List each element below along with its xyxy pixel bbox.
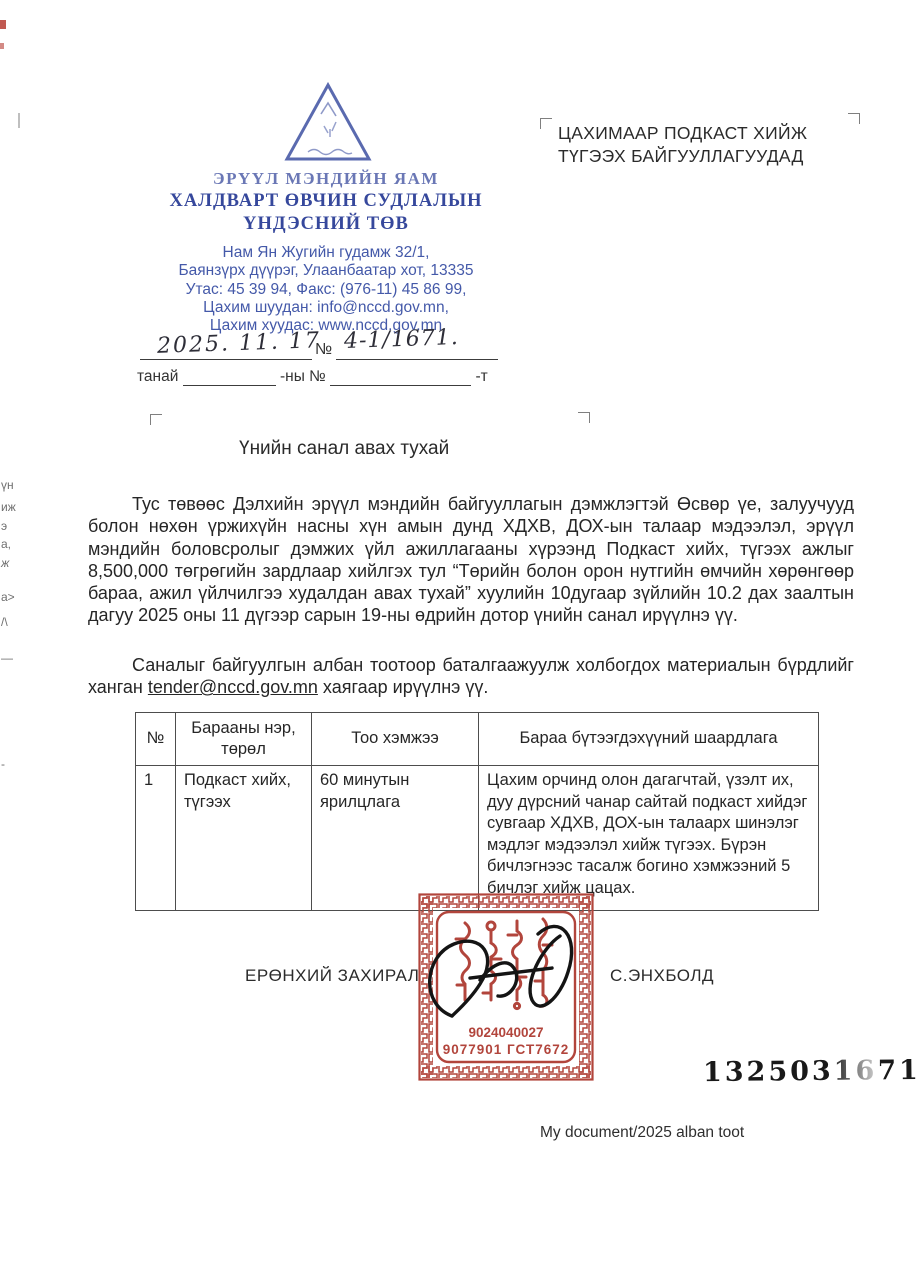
address-line: Баянзүрх дүүрэг, Улаанбаатар хот, 13335 bbox=[95, 262, 557, 280]
your-ref-mid: -ны № bbox=[280, 368, 326, 385]
body-paragraph-1: Тус төвөөс Дэлхийн эрүүл мэндийн байгуул… bbox=[88, 493, 854, 627]
recipient-block: ЦАХИМААР ПОДКАСТ ХИЙЖ ТҮГЭЭХ БАЙГУУЛЛАГУ… bbox=[558, 122, 807, 167]
letter-subject-title: Үнийн санал авах тухай bbox=[239, 438, 449, 460]
scan-artifact-red-mark bbox=[0, 20, 6, 29]
org-name-line1: ХАЛДВАРТ ӨВЧИН СУДЛАЛЫН bbox=[110, 191, 542, 212]
col-header-quantity: Тоо хэмжээ bbox=[312, 713, 479, 766]
margin-fragment: ж bbox=[1, 556, 9, 570]
margin-fragment: э bbox=[1, 519, 7, 533]
table-header-row: № Барааны нэр, төрөл Тоо хэмжээ Бараа бү… bbox=[136, 713, 819, 766]
margin-fragment: а> bbox=[1, 590, 15, 604]
margin-fragment: — bbox=[1, 651, 13, 665]
tender-email: tender@nccd.gov.mn bbox=[148, 677, 318, 697]
recipient-line1: ЦАХИМААР ПОДКАСТ ХИЙЖ bbox=[558, 122, 807, 145]
stamp-number-2: 9077901 ГСТ7672 bbox=[443, 1042, 569, 1057]
handwritten-signature bbox=[418, 912, 596, 1038]
corner-mark bbox=[578, 412, 590, 423]
director-title: ЕРӨНХИЙ ЗАХИРАЛ bbox=[245, 966, 419, 986]
margin-fragment: иж bbox=[1, 500, 16, 514]
col-header-number: № bbox=[136, 713, 176, 766]
stamp-fade-artifact bbox=[830, 1054, 880, 1090]
scan-artifact-red-mark bbox=[0, 43, 4, 49]
address-line: Нам Ян Жугийн гудамж 32/1, bbox=[95, 244, 557, 262]
cell-item-name: Подкаст хийх, түгээх bbox=[176, 766, 312, 911]
your-ref-blank1 bbox=[183, 370, 276, 386]
letterhead: ЭРҮҮЛ МЭНДИЙН ЯАМ ХАЛДВАРТ ӨВЧИН СУДЛАЛЫ… bbox=[110, 169, 542, 235]
paragraph2-text-end: хаягаар ирүүлнэ үү. bbox=[318, 677, 488, 697]
col-header-item-name: Барааны нэр, төрөл bbox=[176, 713, 312, 766]
margin-fragment: үн bbox=[1, 478, 14, 492]
number-sign-label: № bbox=[315, 341, 332, 359]
your-ref-prefix: танай bbox=[137, 368, 178, 385]
margin-fragment: - bbox=[1, 757, 5, 771]
corner-mark bbox=[540, 118, 552, 129]
corner-mark bbox=[150, 414, 162, 425]
cell-row-number: 1 bbox=[136, 766, 176, 911]
footer-note: My document/2025 alban toot bbox=[540, 1124, 744, 1142]
recipient-line2: ТҮГЭЭХ БАЙГУУЛЛАГУУДАД bbox=[558, 145, 807, 168]
corner-mark bbox=[848, 113, 860, 124]
org-name-line2: ҮНДЭСНИЙ ТӨВ bbox=[110, 214, 542, 235]
handwritten-ref-number: 4-1/1671. bbox=[344, 325, 460, 354]
stamped-document-number: 1325031671 bbox=[703, 1055, 917, 1088]
ministry-name: ЭРҮҮЛ МЭНДИЙН ЯАМ bbox=[110, 169, 542, 189]
table-row: 1 Подкаст хийх, түгээх 60 минутын ярилцл… bbox=[136, 766, 819, 911]
address-line: Цахим шуудан: info@nccd.gov.mn, bbox=[95, 299, 557, 317]
nccd-triangle-logo-icon bbox=[284, 82, 372, 164]
your-ref-suffix: -т bbox=[475, 368, 487, 385]
margin-fragment: а, bbox=[1, 537, 11, 551]
org-address-block: Нам Ян Жугийн гудамж 32/1, Баянзүрх дүүр… bbox=[95, 244, 557, 335]
cell-requirements: Цахим орчинд олон дагагчтай, үзэлт их, д… bbox=[479, 766, 819, 911]
body-paragraph-2: Саналыг байгуулгын албан тоотоор баталга… bbox=[88, 654, 854, 699]
signer-name: С.ЭНХБОЛД bbox=[610, 966, 714, 986]
margin-fragment: /\ bbox=[1, 615, 8, 629]
scanned-letter-page: үн иж э а, ж а> /\ — - ЭРҮҮЛ МЭНДИЙН ЯАМ… bbox=[0, 0, 917, 1280]
procurement-table: № Барааны нэр, төрөл Тоо хэмжээ Бараа бү… bbox=[135, 712, 819, 911]
your-ref-line: танай -ны № -т bbox=[137, 368, 488, 386]
address-line: Утас: 45 39 94, Факс: (976-11) 45 86 99, bbox=[95, 281, 557, 299]
col-header-requirements: Бараа бүтээгдэхүүний шаардлага bbox=[479, 713, 819, 766]
your-ref-blank2 bbox=[330, 370, 471, 386]
scan-artifact-tick bbox=[18, 113, 20, 128]
cell-quantity: 60 минутын ярилцлага bbox=[312, 766, 479, 911]
